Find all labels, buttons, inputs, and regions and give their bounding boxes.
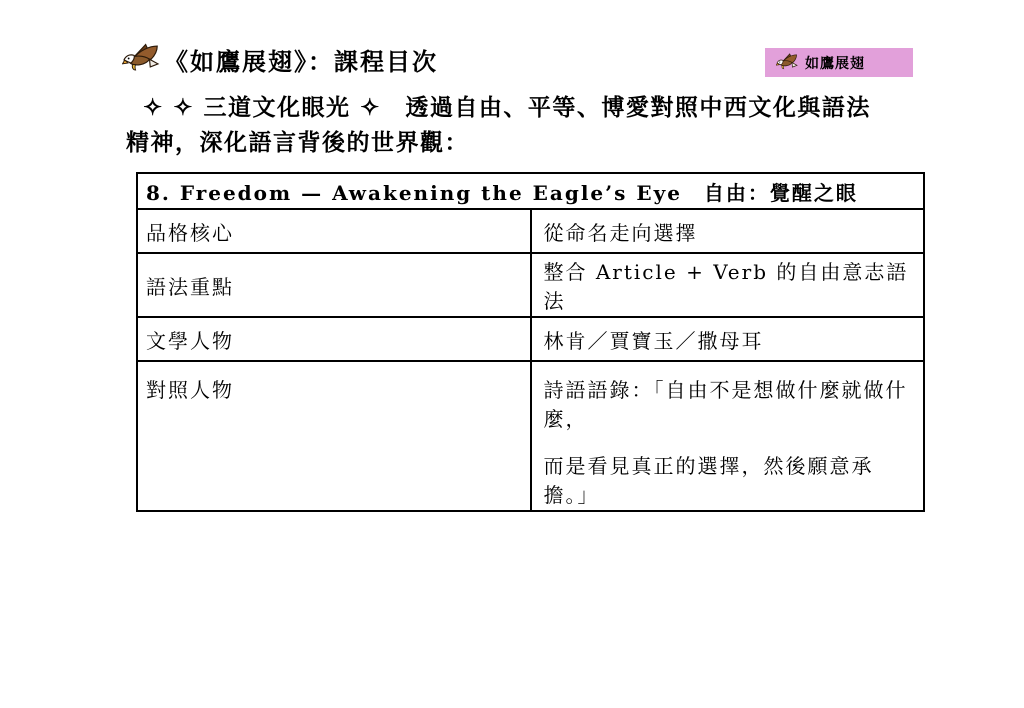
row-label: 品格核心: [137, 209, 531, 253]
table-row: 文學人物 林肯／賈寶玉／撒母耳: [137, 317, 924, 361]
eagle-icon: [122, 43, 160, 77]
row-content: 整合 Article + Verb 的自由意志語法: [531, 253, 925, 317]
table-row: 品格核心 從命名走向選擇: [137, 209, 924, 253]
title-row: 《如鷹展翅》：課程目次: [122, 42, 438, 77]
page-title: 《如鷹展翅》：課程目次: [164, 42, 438, 77]
row-content-line-2: 而是看見真正的選擇，然後願意承擔。」: [544, 450, 912, 508]
table-header: 8. Freedom — Awakening the Eagle’s Eye 自…: [137, 173, 924, 209]
row-content: 林肯／賈寶玉／撒母耳: [531, 317, 925, 361]
table-row: 對照人物 詩語語錄：「自由不是想做什麼就做什麼， 而是看見真正的選擇，然後願意承…: [137, 361, 924, 511]
row-content: 詩語語錄：「自由不是想做什麼就做什麼， 而是看見真正的選擇，然後願意承擔。」: [531, 361, 925, 511]
table-header-row: 8. Freedom — Awakening the Eagle’s Eye 自…: [137, 173, 924, 209]
document-page: 《如鷹展翅》：課程目次 如鷹展翅 ✧ ✧ 三道文化眼光 ✧ 透過自由、平等、博愛…: [0, 0, 1024, 708]
table-row: 語法重點 整合 Article + Verb 的自由意志語法: [137, 253, 924, 317]
eagle-badge: 如鷹展翅: [765, 48, 913, 77]
row-content: 從命名走向選擇: [531, 209, 925, 253]
eagle-icon: [776, 53, 798, 73]
row-label: 文學人物: [137, 317, 531, 361]
intro-line-2: 精神，深化語言背後的世界觀：: [126, 129, 469, 156]
intro-paragraph: ✧ ✧ 三道文化眼光 ✧ 透過自由、平等、博愛對照中西文化與語法精神，深化語言背…: [126, 90, 942, 160]
row-label: 對照人物: [137, 361, 531, 511]
row-label: 語法重點: [137, 253, 531, 317]
badge-label: 如鷹展翅: [805, 53, 865, 73]
row-content-line-1: 詩語語錄：「自由不是想做什麼就做什麼，: [544, 374, 912, 432]
course-table: 8. Freedom — Awakening the Eagle’s Eye 自…: [136, 172, 925, 512]
intro-line-1: ✧ ✧ 三道文化眼光 ✧ 透過自由、平等、博愛對照中西文化與語法: [143, 94, 871, 121]
